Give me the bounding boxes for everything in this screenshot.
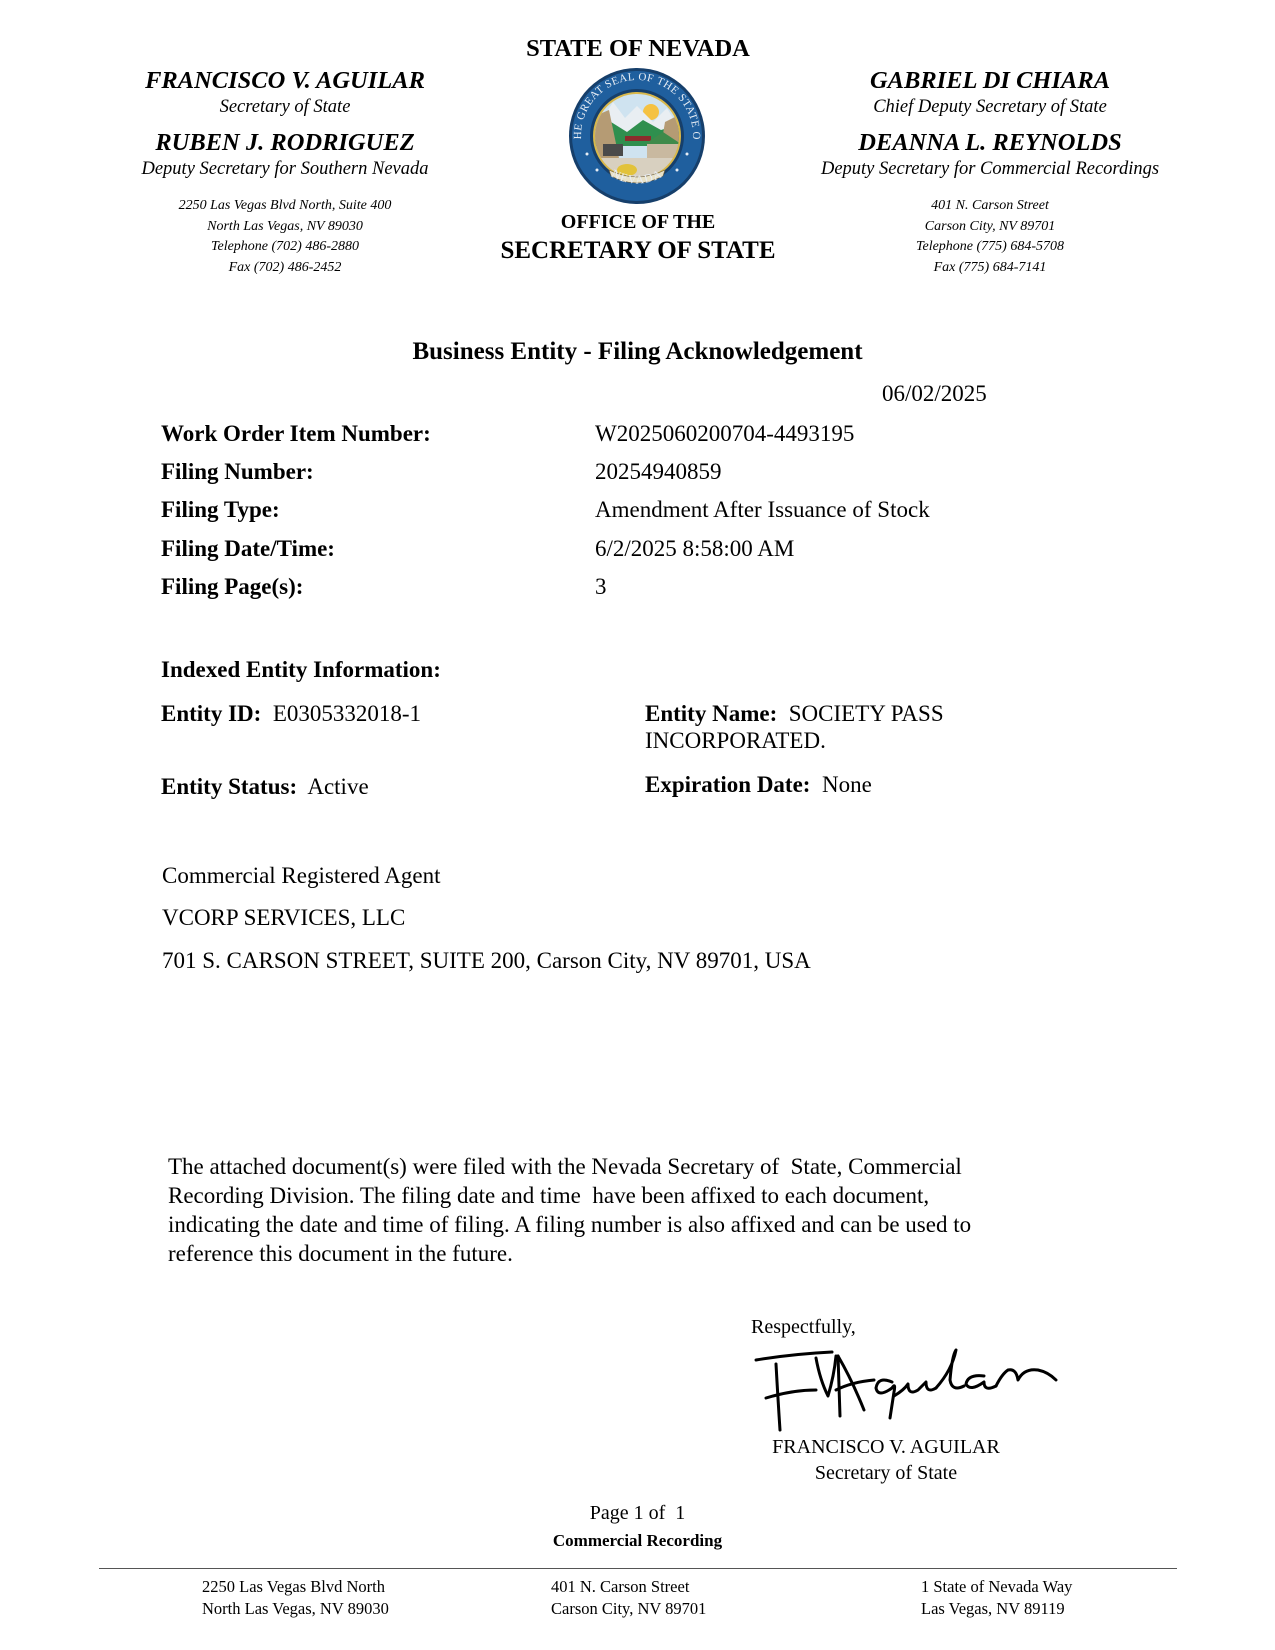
- paragraph-line: Recording Division. The filing date and …: [168, 1181, 1068, 1210]
- deputy-south-title: Deputy Secretary for Southern Nevada: [110, 158, 460, 180]
- filing-type-value: Amendment After Issuance of Stock: [595, 496, 930, 524]
- footer-address-north-las-vegas: 2250 Las Vegas Blvd North North Las Vega…: [202, 1576, 389, 1620]
- secretary-of-state-office: SECRETARY OF STATE: [480, 236, 796, 266]
- document-title: Business Entity - Filing Acknowledgement: [0, 336, 1275, 368]
- chief-deputy-name: GABRIEL DI CHIARA: [785, 66, 1195, 96]
- footer-address-carson-city: 401 N. Carson Street Carson City, NV 897…: [551, 1576, 706, 1620]
- secretary-title: Secretary of State: [110, 96, 460, 118]
- entity-name: Entity Name: SOCIETY PASS INCORPORATED.: [645, 700, 944, 754]
- agent-name: VCORP SERVICES, LLC: [162, 904, 405, 932]
- office-of-the: OFFICE OF THE: [480, 210, 796, 234]
- work-order-value: W2025060200704-4493195: [595, 420, 854, 448]
- telephone: Telephone (775) 684-5708: [785, 237, 1195, 258]
- filing-datetime-label: Filing Date/Time:: [161, 535, 335, 563]
- paragraph-line: reference this document in the future.: [168, 1239, 1068, 1268]
- southern-office-address: 2250 Las Vegas Blvd North, Suite 400 Nor…: [110, 196, 460, 278]
- handwritten-signature-icon: [752, 1340, 1067, 1440]
- footer-address-line: Las Vegas, NV 89119: [921, 1598, 1072, 1620]
- footer-address-line: 401 N. Carson Street: [551, 1576, 706, 1598]
- signer-name: FRANCISCO V. AGUILAR: [751, 1434, 1021, 1460]
- footer-address-line: North Las Vegas, NV 89030: [202, 1598, 389, 1620]
- footer-divider: [99, 1568, 1177, 1569]
- signer-title: Secretary of State: [751, 1460, 1021, 1486]
- fax: Fax (775) 684-7141: [785, 258, 1195, 279]
- page-number: Page 1 of 1: [0, 1500, 1275, 1526]
- entity-name-label: Entity Name:: [645, 701, 777, 726]
- division-name: Commercial Recording: [0, 1530, 1275, 1552]
- entity-id-value: E0305332018-1: [273, 701, 421, 726]
- deputy-commercial-name: DEANNA L. REYNOLDS: [785, 128, 1195, 158]
- indexed-entity-heading: Indexed Entity Information:: [161, 656, 441, 684]
- paragraph-line: The attached document(s) were filed with…: [168, 1152, 1068, 1181]
- entity-id: Entity ID: E0305332018-1: [161, 700, 421, 727]
- carson-office-address: 401 N. Carson Street Carson City, NV 897…: [785, 196, 1195, 278]
- expiration-date-label: Expiration Date:: [645, 772, 810, 797]
- entity-id-label: Entity ID:: [161, 701, 261, 726]
- header-right-officials: GABRIEL DI CHIARA Chief Deputy Secretary…: [785, 66, 1195, 278]
- address-line: Carson City, NV 89701: [785, 217, 1195, 238]
- filing-notice-paragraph: The attached document(s) were filed with…: [168, 1152, 1068, 1268]
- address-line: 401 N. Carson Street: [785, 196, 1195, 217]
- deputy-commercial-title: Deputy Secretary for Commercial Recordin…: [785, 158, 1195, 180]
- filing-number-label: Filing Number:: [161, 458, 314, 486]
- filing-pages-label: Filing Page(s):: [161, 573, 303, 601]
- filing-type-label: Filing Type:: [161, 496, 280, 524]
- agent-type: Commercial Registered Agent: [162, 862, 440, 890]
- expiration-date-value: None: [822, 772, 872, 797]
- entity-name-value-line2: INCORPORATED.: [645, 727, 944, 754]
- footer-address-line: 2250 Las Vegas Blvd North: [202, 1576, 389, 1598]
- filing-datetime-value: 6/2/2025 8:58:00 AM: [595, 535, 794, 563]
- closing-salutation: Respectfully,: [751, 1314, 856, 1340]
- paragraph-line: indicating the date and time of filing. …: [168, 1210, 1068, 1239]
- entity-name-value-line1: SOCIETY PASS: [789, 701, 944, 726]
- secretary-name: FRANCISCO V. AGUILAR: [110, 66, 460, 96]
- filing-number-value: 20254940859: [595, 458, 722, 486]
- agent-address: 701 S. CARSON STREET, SUITE 200, Carson …: [162, 947, 811, 975]
- document-date: 06/02/2025: [882, 380, 987, 408]
- address-line: North Las Vegas, NV 89030: [110, 217, 460, 238]
- chief-deputy-title: Chief Deputy Secretary of State: [785, 96, 1195, 118]
- telephone: Telephone (702) 486-2880: [110, 237, 460, 258]
- nevada-state-seal-icon: THE GREAT SEAL OF THE STATE OF NEVADA: [567, 66, 707, 206]
- work-order-label: Work Order Item Number:: [161, 420, 431, 448]
- entity-status: Entity Status: Active: [161, 773, 369, 800]
- footer-address-line: 1 State of Nevada Way: [921, 1576, 1072, 1598]
- entity-status-label: Entity Status:: [161, 774, 297, 799]
- deputy-south-name: RUBEN J. RODRIGUEZ: [110, 128, 460, 158]
- filing-pages-value: 3: [595, 573, 607, 601]
- footer-address-las-vegas: 1 State of Nevada Way Las Vegas, NV 8911…: [921, 1576, 1072, 1620]
- footer-address-line: Carson City, NV 89701: [551, 1598, 706, 1620]
- address-line: 2250 Las Vegas Blvd North, Suite 400: [110, 196, 460, 217]
- fax: Fax (702) 486-2452: [110, 258, 460, 279]
- header-left-officials: FRANCISCO V. AGUILAR Secretary of State …: [110, 66, 460, 278]
- state-title: STATE OF NEVADA: [480, 34, 796, 64]
- entity-status-value: Active: [307, 774, 368, 799]
- expiration-date: Expiration Date: None: [645, 771, 872, 798]
